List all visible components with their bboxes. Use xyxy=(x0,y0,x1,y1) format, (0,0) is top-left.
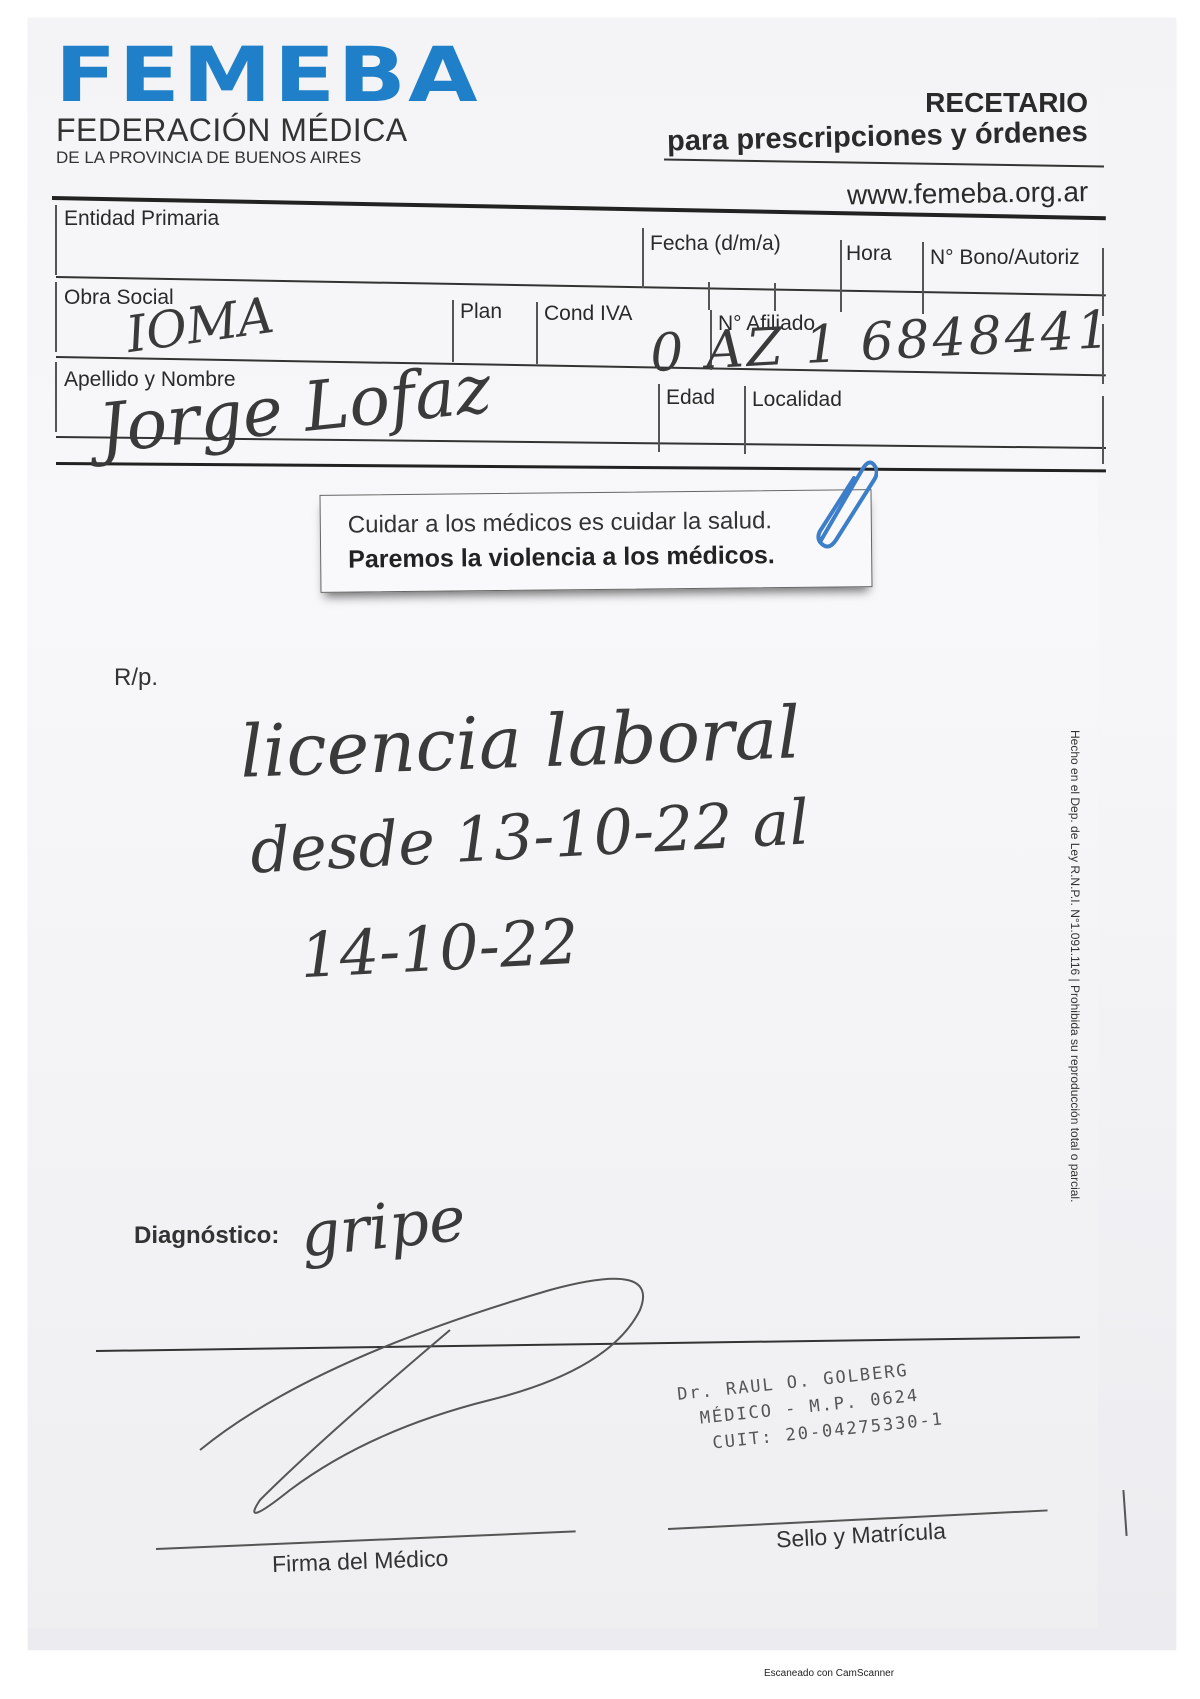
v-divider xyxy=(774,283,776,311)
plan-label: Plan xyxy=(460,300,502,324)
v-divider xyxy=(840,240,842,312)
scanner-watermark: Escaneado con CamScanner xyxy=(764,1668,894,1679)
v-divider xyxy=(55,205,57,275)
cond-iva-label: Cond IVA xyxy=(544,302,632,326)
fecha-label: Fecha (d/m/a) xyxy=(650,232,781,256)
legal-note: Hecho en el Dep. de Ley R.N.P.I. N°1.091… xyxy=(1068,730,1082,1202)
doc-title: RECETARIO xyxy=(925,87,1088,119)
entidad-primaria-label: Entidad Primaria xyxy=(64,207,219,231)
banner-line-1: Cuidar a los médicos es cuidar la salud. xyxy=(348,507,772,539)
doctor-signature xyxy=(190,1250,670,1540)
v-divider xyxy=(642,228,644,288)
localidad-label: Localidad xyxy=(752,388,842,412)
v-divider xyxy=(658,384,660,452)
bono-label: N° Bono/Autoriz xyxy=(930,246,1080,270)
v-divider xyxy=(1102,396,1104,464)
anti-violence-banner: Cuidar a los médicos es cuidar la salud.… xyxy=(320,489,873,593)
v-divider xyxy=(55,282,57,352)
v-divider xyxy=(536,302,538,364)
hora-label: Hora xyxy=(846,242,892,266)
rp-label: R/p. xyxy=(114,664,158,692)
org-subtitle: DE LA PROVINCIA DE BUENOS AIRES xyxy=(56,148,361,168)
v-divider xyxy=(55,362,57,432)
banner-line-2: Paremos la violencia a los médicos. xyxy=(348,541,775,574)
edad-label: Edad xyxy=(666,386,715,410)
diagnosis-label: Diagnóstico: xyxy=(134,1222,279,1250)
femeba-logo: FEMEBA xyxy=(55,30,480,119)
v-divider xyxy=(922,242,924,314)
paperclip-icon xyxy=(808,458,878,550)
prescription-line-3[interactable]: 14-10-22 xyxy=(298,905,580,992)
v-divider xyxy=(708,282,710,310)
org-name: FEDERACIÓN MÉDICA xyxy=(56,112,408,149)
website-link[interactable]: www.femeba.org.ar xyxy=(847,176,1089,211)
v-divider xyxy=(744,386,746,454)
